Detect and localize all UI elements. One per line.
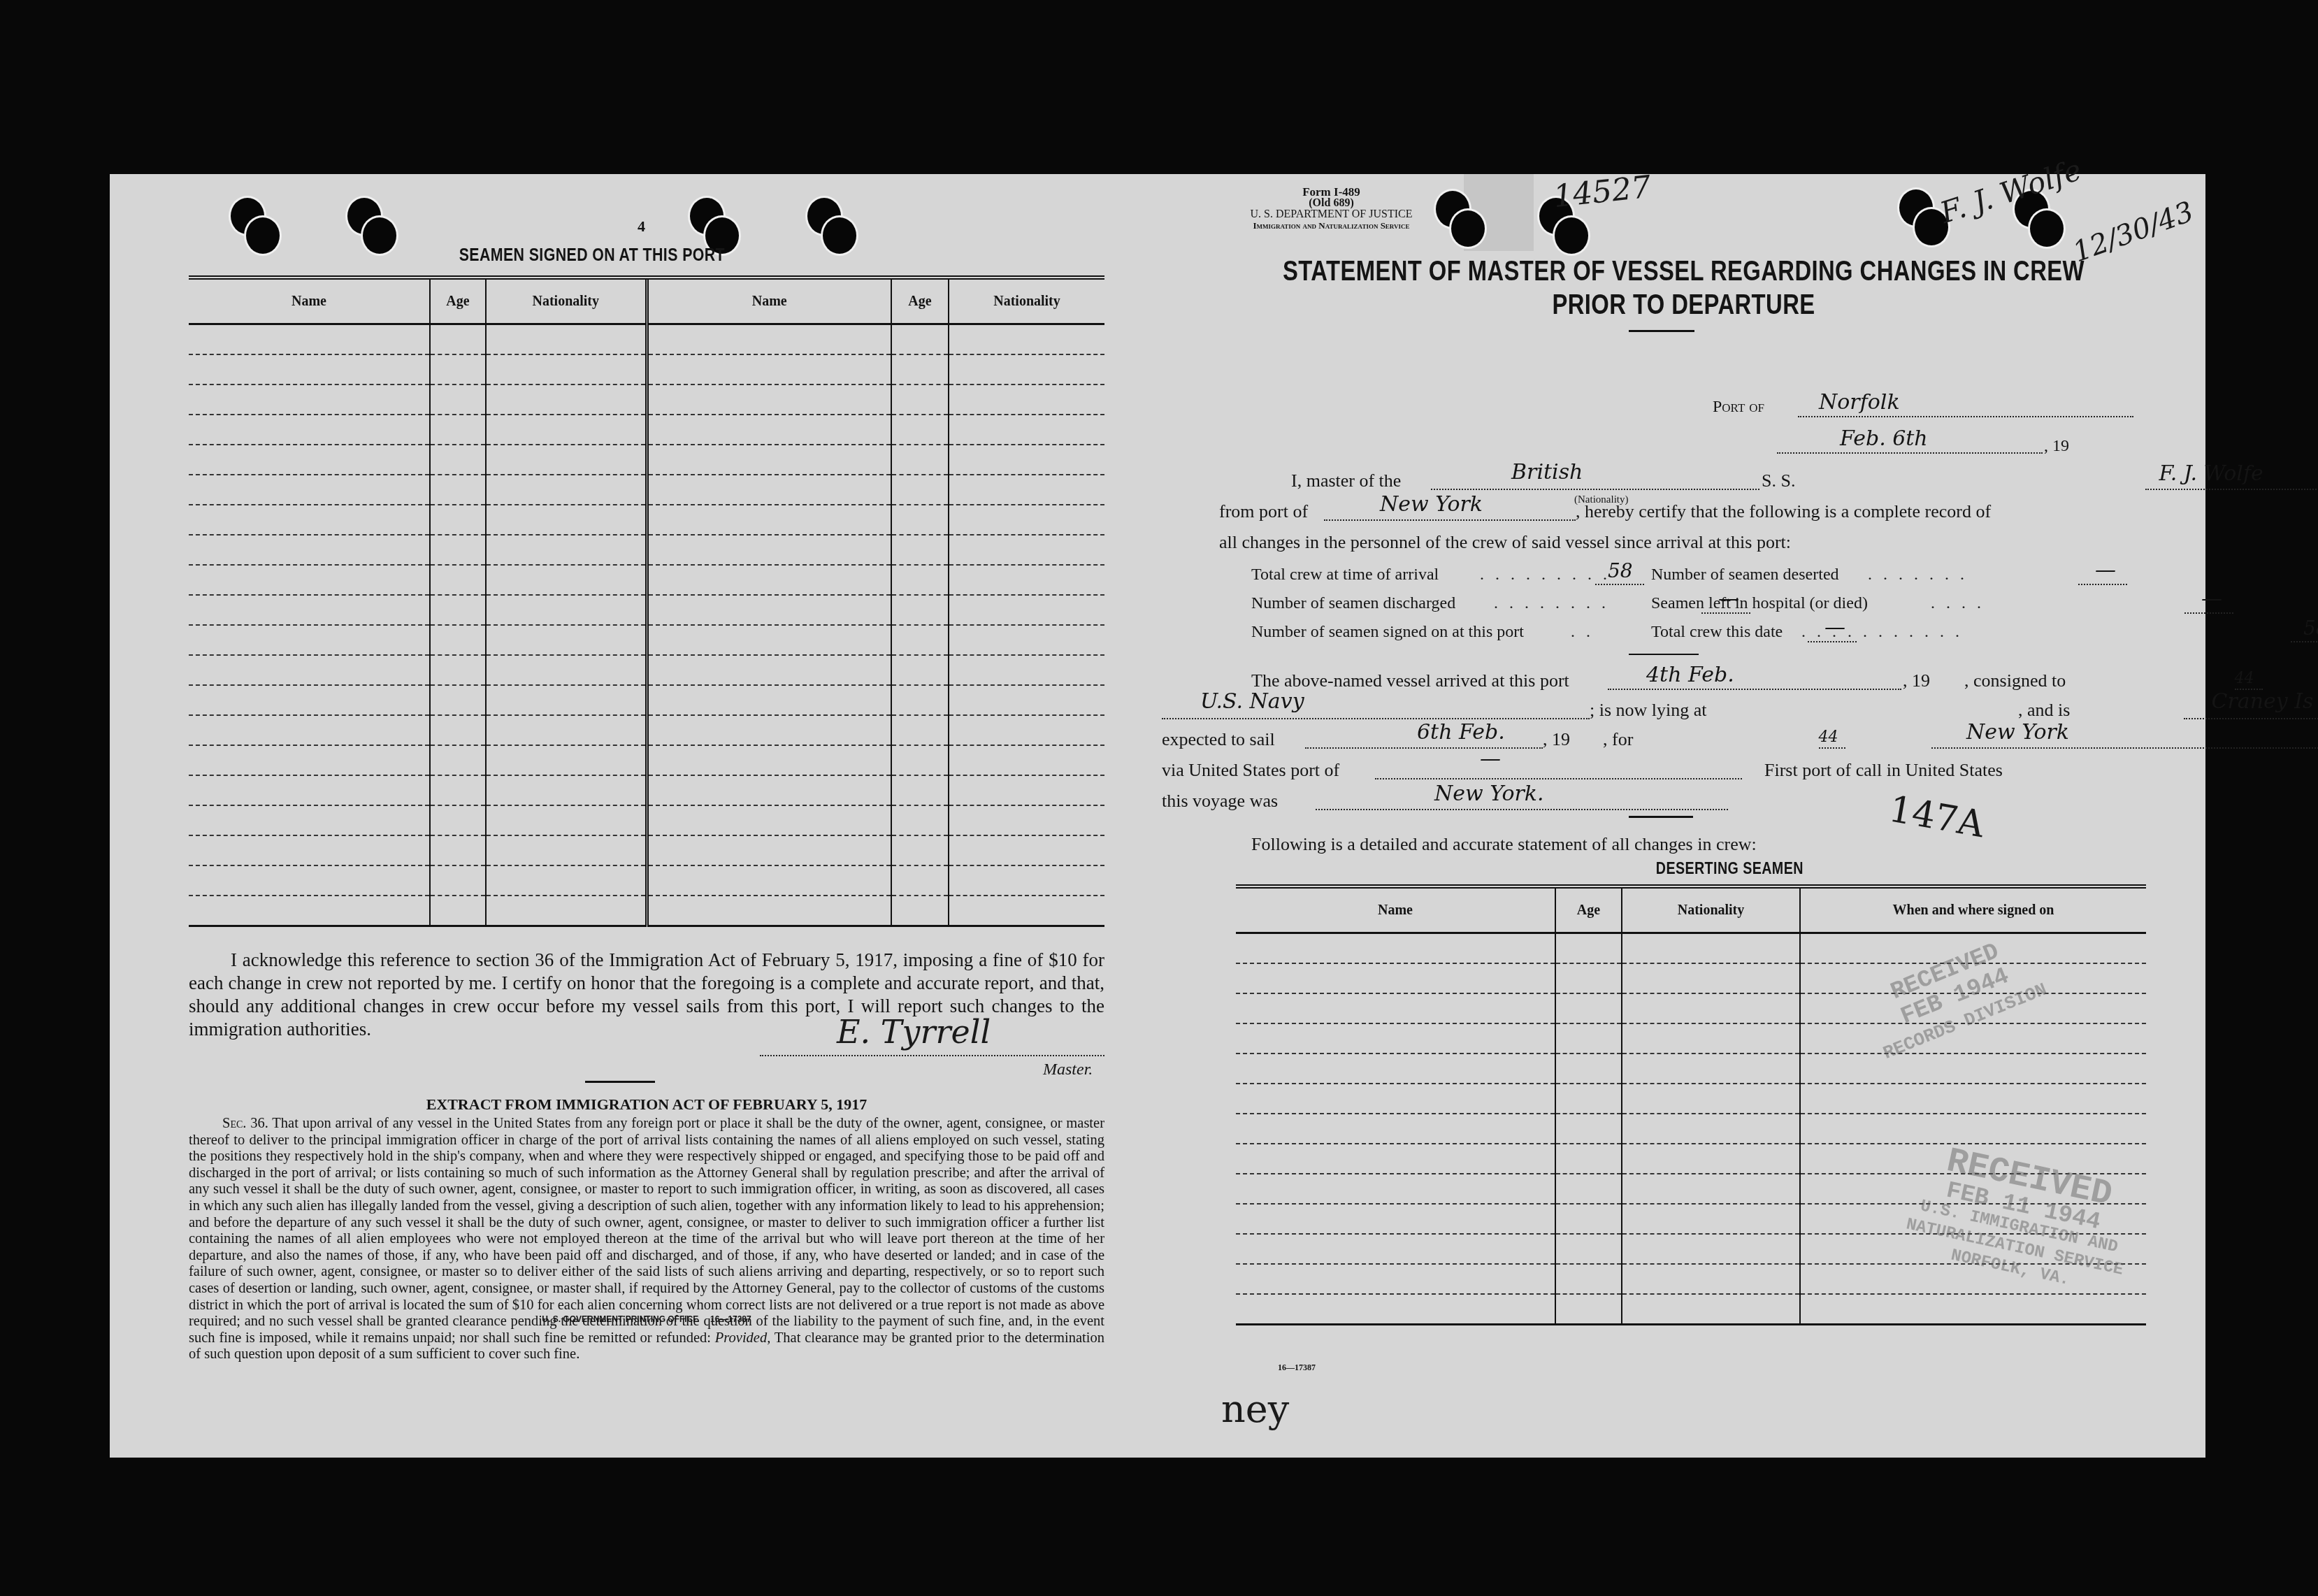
table-cell[interactable] xyxy=(891,685,949,715)
table-cell[interactable] xyxy=(486,775,647,805)
table-cell[interactable] xyxy=(430,835,486,865)
table-cell[interactable] xyxy=(189,655,430,685)
table-row xyxy=(1236,1054,2146,1084)
crew-counts: Total crew at time of arrival . . . . . … xyxy=(1162,566,2205,590)
table-cell[interactable] xyxy=(891,805,949,835)
table-cell[interactable] xyxy=(949,775,1104,805)
table-cell[interactable] xyxy=(891,505,949,535)
col-age: Age xyxy=(430,278,486,324)
table-cell[interactable] xyxy=(486,595,647,625)
table-cell[interactable] xyxy=(189,625,430,655)
table-cell[interactable] xyxy=(647,745,891,775)
table-cell[interactable] xyxy=(949,535,1104,565)
arrived-year-prefix: , 19 xyxy=(1903,670,1930,691)
title-line-1: STATEMENT OF MASTER OF VESSEL REGARDING … xyxy=(1255,254,2111,288)
voyage-row: this voyage was New York. xyxy=(1162,791,2205,815)
table-cell[interactable] xyxy=(189,565,430,595)
col-name: Name xyxy=(1236,886,1555,933)
certify-text-2: all changes in the personnel of the crew… xyxy=(1219,532,1791,553)
table-cell[interactable] xyxy=(486,415,647,445)
master-row: I, master of the British (Nationality) S… xyxy=(1162,470,2205,495)
extract-body: Sec. 36. That upon arrival of any vessel… xyxy=(189,1116,1104,1363)
handwritten-corner-note: F. J. Wolfe xyxy=(1936,152,2086,230)
divider xyxy=(1629,816,1693,818)
for-label: , for xyxy=(1603,729,1633,750)
table-cell[interactable] xyxy=(430,715,486,745)
left-page: 4 SEAMEN SIGNED ON AT THIS PORT Name Age… xyxy=(110,174,1162,1458)
table-cell[interactable] xyxy=(891,565,949,595)
leader-dots: . . . . . . . . . . . xyxy=(1801,623,1963,642)
leader-dots: . . . . xyxy=(1931,594,1985,613)
table-cell[interactable] xyxy=(891,384,949,415)
for-field[interactable]: New York xyxy=(1931,729,2318,749)
table-cell[interactable] xyxy=(891,415,949,445)
signature-line xyxy=(760,1054,1104,1056)
table-row xyxy=(189,384,1104,415)
table-cell[interactable] xyxy=(1622,1204,1800,1234)
table-cell[interactable] xyxy=(1555,1084,1622,1114)
table-cell[interactable] xyxy=(430,595,486,625)
table-cell[interactable] xyxy=(1555,1114,1622,1144)
table-cell[interactable] xyxy=(189,715,430,745)
table-cell[interactable] xyxy=(1555,1174,1622,1204)
table-cell[interactable] xyxy=(430,625,486,655)
from-port-value: New York xyxy=(1380,492,1483,517)
master-label: I, master of the xyxy=(1291,470,1401,491)
form-header: Form I-489 (Old 689) U. S. DEPARTMENT OF… xyxy=(1232,187,1431,231)
table-cell[interactable] xyxy=(1236,1174,1555,1204)
punch-hole-icon xyxy=(807,198,848,238)
handwritten-file-number: 14527 xyxy=(1552,169,1653,215)
sail-year-prefix: , 19 xyxy=(1543,729,1570,750)
signed-on-table-body xyxy=(189,324,1104,926)
right-page: Form I-489 (Old 689) U. S. DEPARTMENT OF… xyxy=(1162,174,2205,1458)
table-cell[interactable] xyxy=(486,354,647,384)
table-cell[interactable] xyxy=(1236,1144,1555,1174)
table-cell[interactable] xyxy=(891,745,949,775)
table-cell[interactable] xyxy=(949,565,1104,595)
count-label: Number of seamen discharged xyxy=(1251,594,1455,613)
table-cell[interactable] xyxy=(430,505,486,535)
arrived-value: 4th Feb. xyxy=(1646,663,1734,687)
table-row xyxy=(189,655,1104,685)
table-cell[interactable] xyxy=(949,685,1104,715)
sail-value: 6th Feb. xyxy=(1417,720,1505,745)
table-cell[interactable] xyxy=(486,655,647,685)
table-cell[interactable] xyxy=(486,805,647,835)
table-cell[interactable] xyxy=(949,715,1104,745)
lying-value: Craney Is xyxy=(2212,689,2314,714)
count-label: Number of seamen signed on at this port xyxy=(1251,623,1524,642)
via-field[interactable]: — xyxy=(1375,760,1742,779)
table-cell[interactable] xyxy=(1555,963,1622,993)
date-field[interactable]: Feb. 6th xyxy=(1777,434,2043,454)
punch-hole-icon xyxy=(690,198,730,238)
table-cell[interactable] xyxy=(891,475,949,505)
following-text: Following is a detailed and accurate sta… xyxy=(1251,834,1757,855)
table-cell[interactable] xyxy=(647,354,891,384)
table-cell[interactable] xyxy=(1622,1234,1800,1264)
count-hospital-field[interactable]: — xyxy=(2184,594,2233,614)
extract-provided: Provided, xyxy=(715,1330,771,1346)
table-cell[interactable] xyxy=(1555,1294,1622,1325)
table-cell[interactable] xyxy=(647,565,891,595)
deserting-header-row: Name Age Nationality When and where sign… xyxy=(1236,886,2146,933)
ss-label: S. S. xyxy=(1762,470,1795,491)
col-nationality: Nationality xyxy=(486,278,647,324)
table-cell[interactable] xyxy=(1236,1114,1555,1144)
table-cell[interactable] xyxy=(1800,1114,2146,1144)
count-label: Number of seamen deserted xyxy=(1651,566,1839,584)
table-cell[interactable] xyxy=(189,685,430,715)
vessel-name-field[interactable]: F. J. Wolfe xyxy=(2145,470,2318,490)
table-cell[interactable] xyxy=(486,384,647,415)
table-cell[interactable] xyxy=(1800,1084,2146,1114)
col-age-2: Age xyxy=(891,278,949,324)
table-cell[interactable] xyxy=(891,324,949,355)
lying-label: ; is now lying at xyxy=(1590,700,1707,721)
table-cell[interactable] xyxy=(891,595,949,625)
vessel-name-value: F. J. Wolfe xyxy=(2159,461,2263,486)
table-cell[interactable] xyxy=(430,865,486,896)
table-cell[interactable] xyxy=(189,835,430,865)
col-nationality-2: Nationality xyxy=(949,278,1104,324)
document-paper: 4 SEAMEN SIGNED ON AT THIS PORT Name Age… xyxy=(110,174,2205,1458)
table-cell[interactable] xyxy=(647,805,891,835)
table-cell[interactable] xyxy=(1236,1054,1555,1084)
table-cell[interactable] xyxy=(949,805,1104,835)
col-when-where: When and where signed on xyxy=(1800,886,2146,933)
table-row xyxy=(189,324,1104,355)
table-cell[interactable] xyxy=(949,505,1104,535)
table-cell[interactable] xyxy=(949,475,1104,505)
arrived-label: The above-named vessel arrived at this p… xyxy=(1251,670,1569,691)
table-cell[interactable] xyxy=(430,384,486,415)
table-cell[interactable] xyxy=(1555,1234,1622,1264)
table-cell[interactable] xyxy=(189,354,430,384)
table-cell[interactable] xyxy=(647,324,891,355)
arrived-field[interactable]: 4th Feb. xyxy=(1608,670,1901,690)
table-cell[interactable] xyxy=(430,655,486,685)
port-field[interactable]: Norfolk xyxy=(1798,398,2133,417)
and-is-label: , and is xyxy=(2018,700,2070,721)
table-cell[interactable] xyxy=(891,865,949,896)
table-row xyxy=(189,565,1104,595)
count-total-field[interactable]: 58 xyxy=(2291,623,2318,642)
signed-on-header-row: Name Age Nationality Name Age Nationalit… xyxy=(189,278,1104,324)
table-cell[interactable] xyxy=(647,505,891,535)
table-cell[interactable] xyxy=(949,384,1104,415)
table-cell[interactable] xyxy=(1236,1023,1555,1054)
table-cell[interactable] xyxy=(430,745,486,775)
col-age: Age xyxy=(1555,886,1622,933)
table-row xyxy=(1236,1023,2146,1054)
form-old-number: (Old 689) xyxy=(1232,198,1431,209)
table-cell[interactable] xyxy=(891,655,949,685)
table-cell[interactable] xyxy=(1236,1204,1555,1234)
table-cell[interactable] xyxy=(189,384,430,415)
table-cell[interactable] xyxy=(430,805,486,835)
certify-text: , hereby certify that the following is a… xyxy=(1576,501,1991,522)
table-cell[interactable] xyxy=(1622,1264,1800,1294)
table-row xyxy=(1236,1294,2146,1325)
punch-hole-icon xyxy=(231,198,271,238)
table-cell[interactable] xyxy=(430,324,486,355)
voyage-label: this voyage was xyxy=(1162,791,1278,812)
table-row xyxy=(189,445,1104,475)
table-cell[interactable] xyxy=(647,865,891,896)
table-cell[interactable] xyxy=(647,685,891,715)
table-cell[interactable] xyxy=(486,625,647,655)
arrived-year-field[interactable]: 44 xyxy=(2235,670,2263,690)
table-cell[interactable] xyxy=(189,324,430,355)
via-label: via United States port of xyxy=(1162,760,1339,781)
col-name: Name xyxy=(189,278,430,324)
count-deserted-value: — xyxy=(2095,558,2116,582)
table-cell[interactable] xyxy=(430,775,486,805)
table-cell[interactable] xyxy=(1800,1294,2146,1325)
table-cell[interactable] xyxy=(1236,1294,1555,1325)
table-cell[interactable] xyxy=(647,775,891,805)
table-cell[interactable] xyxy=(949,324,1104,355)
table-cell[interactable] xyxy=(486,896,647,926)
table-cell[interactable] xyxy=(949,745,1104,775)
table-cell[interactable] xyxy=(647,415,891,445)
table-cell[interactable] xyxy=(189,865,430,896)
table-cell[interactable] xyxy=(647,835,891,865)
form-number: Form I-489 xyxy=(1232,187,1431,198)
count-arrival-value: 58 xyxy=(1608,559,1633,582)
from-port-row: from port of New York , hereby certify t… xyxy=(1162,501,2205,526)
table-cell[interactable] xyxy=(1555,1264,1622,1294)
title-line-2: PRIOR TO DEPARTURE xyxy=(1255,288,2111,322)
table-cell[interactable] xyxy=(486,745,647,775)
table-cell[interactable] xyxy=(949,655,1104,685)
table-cell[interactable] xyxy=(1236,1084,1555,1114)
bottom-handwriting: ney xyxy=(1221,1387,1289,1431)
form-title: STATEMENT OF MASTER OF VESSEL REGARDING … xyxy=(1162,254,2205,322)
table-cell[interactable] xyxy=(189,475,430,505)
table-cell[interactable] xyxy=(949,354,1104,384)
table-row xyxy=(189,865,1104,896)
table-cell[interactable] xyxy=(1622,1174,1800,1204)
table-row xyxy=(189,625,1104,655)
consigned-field[interactable]: U.S. Navy xyxy=(1162,700,1590,719)
port-label: Port of xyxy=(1713,398,1764,417)
table-cell[interactable] xyxy=(1555,1054,1622,1084)
col-name-2: Name xyxy=(647,278,891,324)
table-cell[interactable] xyxy=(1622,1144,1800,1174)
extract-section: Sec. 36. xyxy=(189,1116,268,1131)
table-cell[interactable] xyxy=(949,896,1104,926)
table-cell[interactable] xyxy=(486,715,647,745)
count-deserted-field[interactable]: — xyxy=(2078,566,2127,585)
table-cell[interactable] xyxy=(647,655,891,685)
table-cell[interactable] xyxy=(430,475,486,505)
count-hospital-value: — xyxy=(2201,587,2222,611)
table-cell[interactable] xyxy=(430,535,486,565)
table-cell[interactable] xyxy=(647,535,891,565)
table-row xyxy=(189,415,1104,445)
nationality-value: British xyxy=(1511,460,1583,484)
table-cell[interactable] xyxy=(949,625,1104,655)
divider xyxy=(585,1081,655,1083)
table-row xyxy=(189,775,1104,805)
table-cell[interactable] xyxy=(1622,1054,1800,1084)
table-cell[interactable] xyxy=(189,505,430,535)
voyage-field[interactable]: New York. xyxy=(1316,791,1728,810)
first-port-label: First port of call in United States xyxy=(1764,760,2003,781)
table-cell[interactable] xyxy=(1236,993,1555,1023)
table-cell[interactable] xyxy=(891,715,949,745)
sail-row: expected to sail 6th Feb. , 19 44 , for … xyxy=(1162,729,2205,754)
table-cell[interactable] xyxy=(1555,933,1622,964)
sail-year-field[interactable]: 44 xyxy=(1819,729,1845,749)
table-cell[interactable] xyxy=(486,324,647,355)
table-cell[interactable] xyxy=(486,565,647,595)
table-row xyxy=(189,354,1104,384)
extract-text: That upon arrival of any vessel in the U… xyxy=(189,1116,1104,1346)
table-row xyxy=(189,505,1104,535)
table-cell[interactable] xyxy=(1622,933,1800,964)
table-cell[interactable] xyxy=(1622,963,1800,993)
table-row xyxy=(189,745,1104,775)
table-cell[interactable] xyxy=(1236,963,1555,993)
table-cell[interactable] xyxy=(189,805,430,835)
table-cell[interactable] xyxy=(647,595,891,625)
service: Immigration and Naturalization Service xyxy=(1232,220,1431,231)
table-cell[interactable] xyxy=(1622,1114,1800,1144)
page-number: 4 xyxy=(638,217,645,236)
table-cell[interactable] xyxy=(486,505,647,535)
table-cell[interactable] xyxy=(949,415,1104,445)
signed-on-table-title: SEAMEN SIGNED ON AT THIS PORT xyxy=(389,244,795,266)
for-value: New York xyxy=(1966,720,2069,745)
table-row xyxy=(189,595,1104,625)
table-cell[interactable] xyxy=(430,354,486,384)
table-cell[interactable] xyxy=(1236,1234,1555,1264)
table-cell[interactable] xyxy=(189,775,430,805)
leader-dots: . . . . . . . xyxy=(1868,566,1968,584)
printer-imprint: U. S. GOVERNMENT PRINTING OFFICE 16—1738… xyxy=(189,1314,1104,1324)
table-cell[interactable] xyxy=(1555,1023,1622,1054)
nationality-field[interactable]: British xyxy=(1431,470,1759,490)
table-cell[interactable] xyxy=(1622,1023,1800,1054)
table-row xyxy=(189,835,1104,865)
table-cell[interactable] xyxy=(647,625,891,655)
punch-hole-icon xyxy=(347,198,388,238)
table-cell[interactable] xyxy=(189,535,430,565)
table-cell[interactable] xyxy=(189,595,430,625)
deserting-title-text: DESERTING SEAMEN xyxy=(1564,859,1803,879)
table-cell[interactable] xyxy=(486,475,647,505)
title-divider xyxy=(1629,330,1694,332)
table-cell[interactable] xyxy=(1555,1204,1622,1234)
date-value: Feb. 6th xyxy=(1840,426,1928,451)
table-cell[interactable] xyxy=(1622,1084,1800,1114)
port-row: Port of Norfolk xyxy=(1162,398,2205,422)
from-port-field[interactable]: New York xyxy=(1324,501,1576,521)
table-cell[interactable] xyxy=(949,865,1104,896)
table-row xyxy=(189,896,1104,926)
col-nationality: Nationality xyxy=(1622,886,1800,933)
table-cell[interactable] xyxy=(949,445,1104,475)
lying-field[interactable]: Craney Is xyxy=(2184,700,2318,719)
table-cell[interactable] xyxy=(1622,1294,1800,1325)
arrived-year-value: 44 xyxy=(2235,670,2254,687)
punch-hole-icon xyxy=(1899,189,1940,230)
table-cell[interactable] xyxy=(430,415,486,445)
form-footer: 16—17387 xyxy=(1278,1363,1316,1373)
table-cell[interactable] xyxy=(486,835,647,865)
table-cell[interactable] xyxy=(891,445,949,475)
table-cell[interactable] xyxy=(430,896,486,926)
table-cell[interactable] xyxy=(189,896,430,926)
table-cell[interactable] xyxy=(647,384,891,415)
table-cell[interactable] xyxy=(189,745,430,775)
table-cell[interactable] xyxy=(1555,993,1622,1023)
table-row xyxy=(189,475,1104,505)
leader-dots: . . xyxy=(1571,623,1594,642)
table-row xyxy=(189,715,1104,745)
table-cell[interactable] xyxy=(486,685,647,715)
via-row: via United States port of — First port o… xyxy=(1162,760,2205,784)
count-label: Total crew at time of arrival xyxy=(1251,566,1439,584)
table-row xyxy=(1236,1114,2146,1144)
table-cell[interactable] xyxy=(647,896,891,926)
sail-year-value: 44 xyxy=(1819,728,1838,746)
table-cell[interactable] xyxy=(647,445,891,475)
date-row: Feb. 6th , 19 44 xyxy=(1162,434,2205,459)
table-cell[interactable] xyxy=(891,535,949,565)
consigned-label: , consigned to xyxy=(1964,670,2066,691)
count-arrival-field[interactable]: 58 xyxy=(1595,566,1644,585)
table-cell[interactable] xyxy=(1555,1144,1622,1174)
table-cell[interactable] xyxy=(949,595,1104,625)
table-cell[interactable] xyxy=(647,475,891,505)
table-cell[interactable] xyxy=(1236,1264,1555,1294)
table-cell[interactable] xyxy=(486,445,647,475)
from-port-label: from port of xyxy=(1219,501,1308,522)
count-label: Total crew this date xyxy=(1651,623,1783,642)
table-cell[interactable] xyxy=(430,445,486,475)
table-cell[interactable] xyxy=(189,445,430,475)
table-cell[interactable] xyxy=(949,835,1104,865)
table-cell[interactable] xyxy=(891,354,949,384)
voyage-value: New York. xyxy=(1434,782,1544,806)
sail-field[interactable]: 6th Feb. xyxy=(1305,729,1543,749)
table-cell[interactable] xyxy=(189,415,430,445)
table-cell[interactable] xyxy=(1800,1054,2146,1084)
table-row xyxy=(1236,1084,2146,1114)
deserting-title: DESERTING SEAMEN xyxy=(1162,859,2205,879)
table-cell[interactable] xyxy=(1622,993,1800,1023)
table-cell[interactable] xyxy=(891,835,949,865)
table-cell[interactable] xyxy=(1236,933,1555,964)
table-cell[interactable] xyxy=(891,775,949,805)
leader-dots: . . . . . . . . . xyxy=(1480,566,1611,584)
table-cell[interactable] xyxy=(430,685,486,715)
extract-title: EXTRACT FROM IMMIGRATION ACT OF FEBRUARY… xyxy=(189,1095,1104,1114)
table-cell[interactable] xyxy=(891,896,949,926)
table-cell[interactable] xyxy=(486,535,647,565)
table-cell[interactable] xyxy=(647,715,891,745)
table-cell[interactable] xyxy=(430,565,486,595)
table-cell[interactable] xyxy=(891,625,949,655)
signature-label: Master. xyxy=(1043,1061,1093,1079)
table-cell[interactable] xyxy=(486,865,647,896)
arrival-row: The above-named vessel arrived at this p… xyxy=(1162,670,2205,695)
